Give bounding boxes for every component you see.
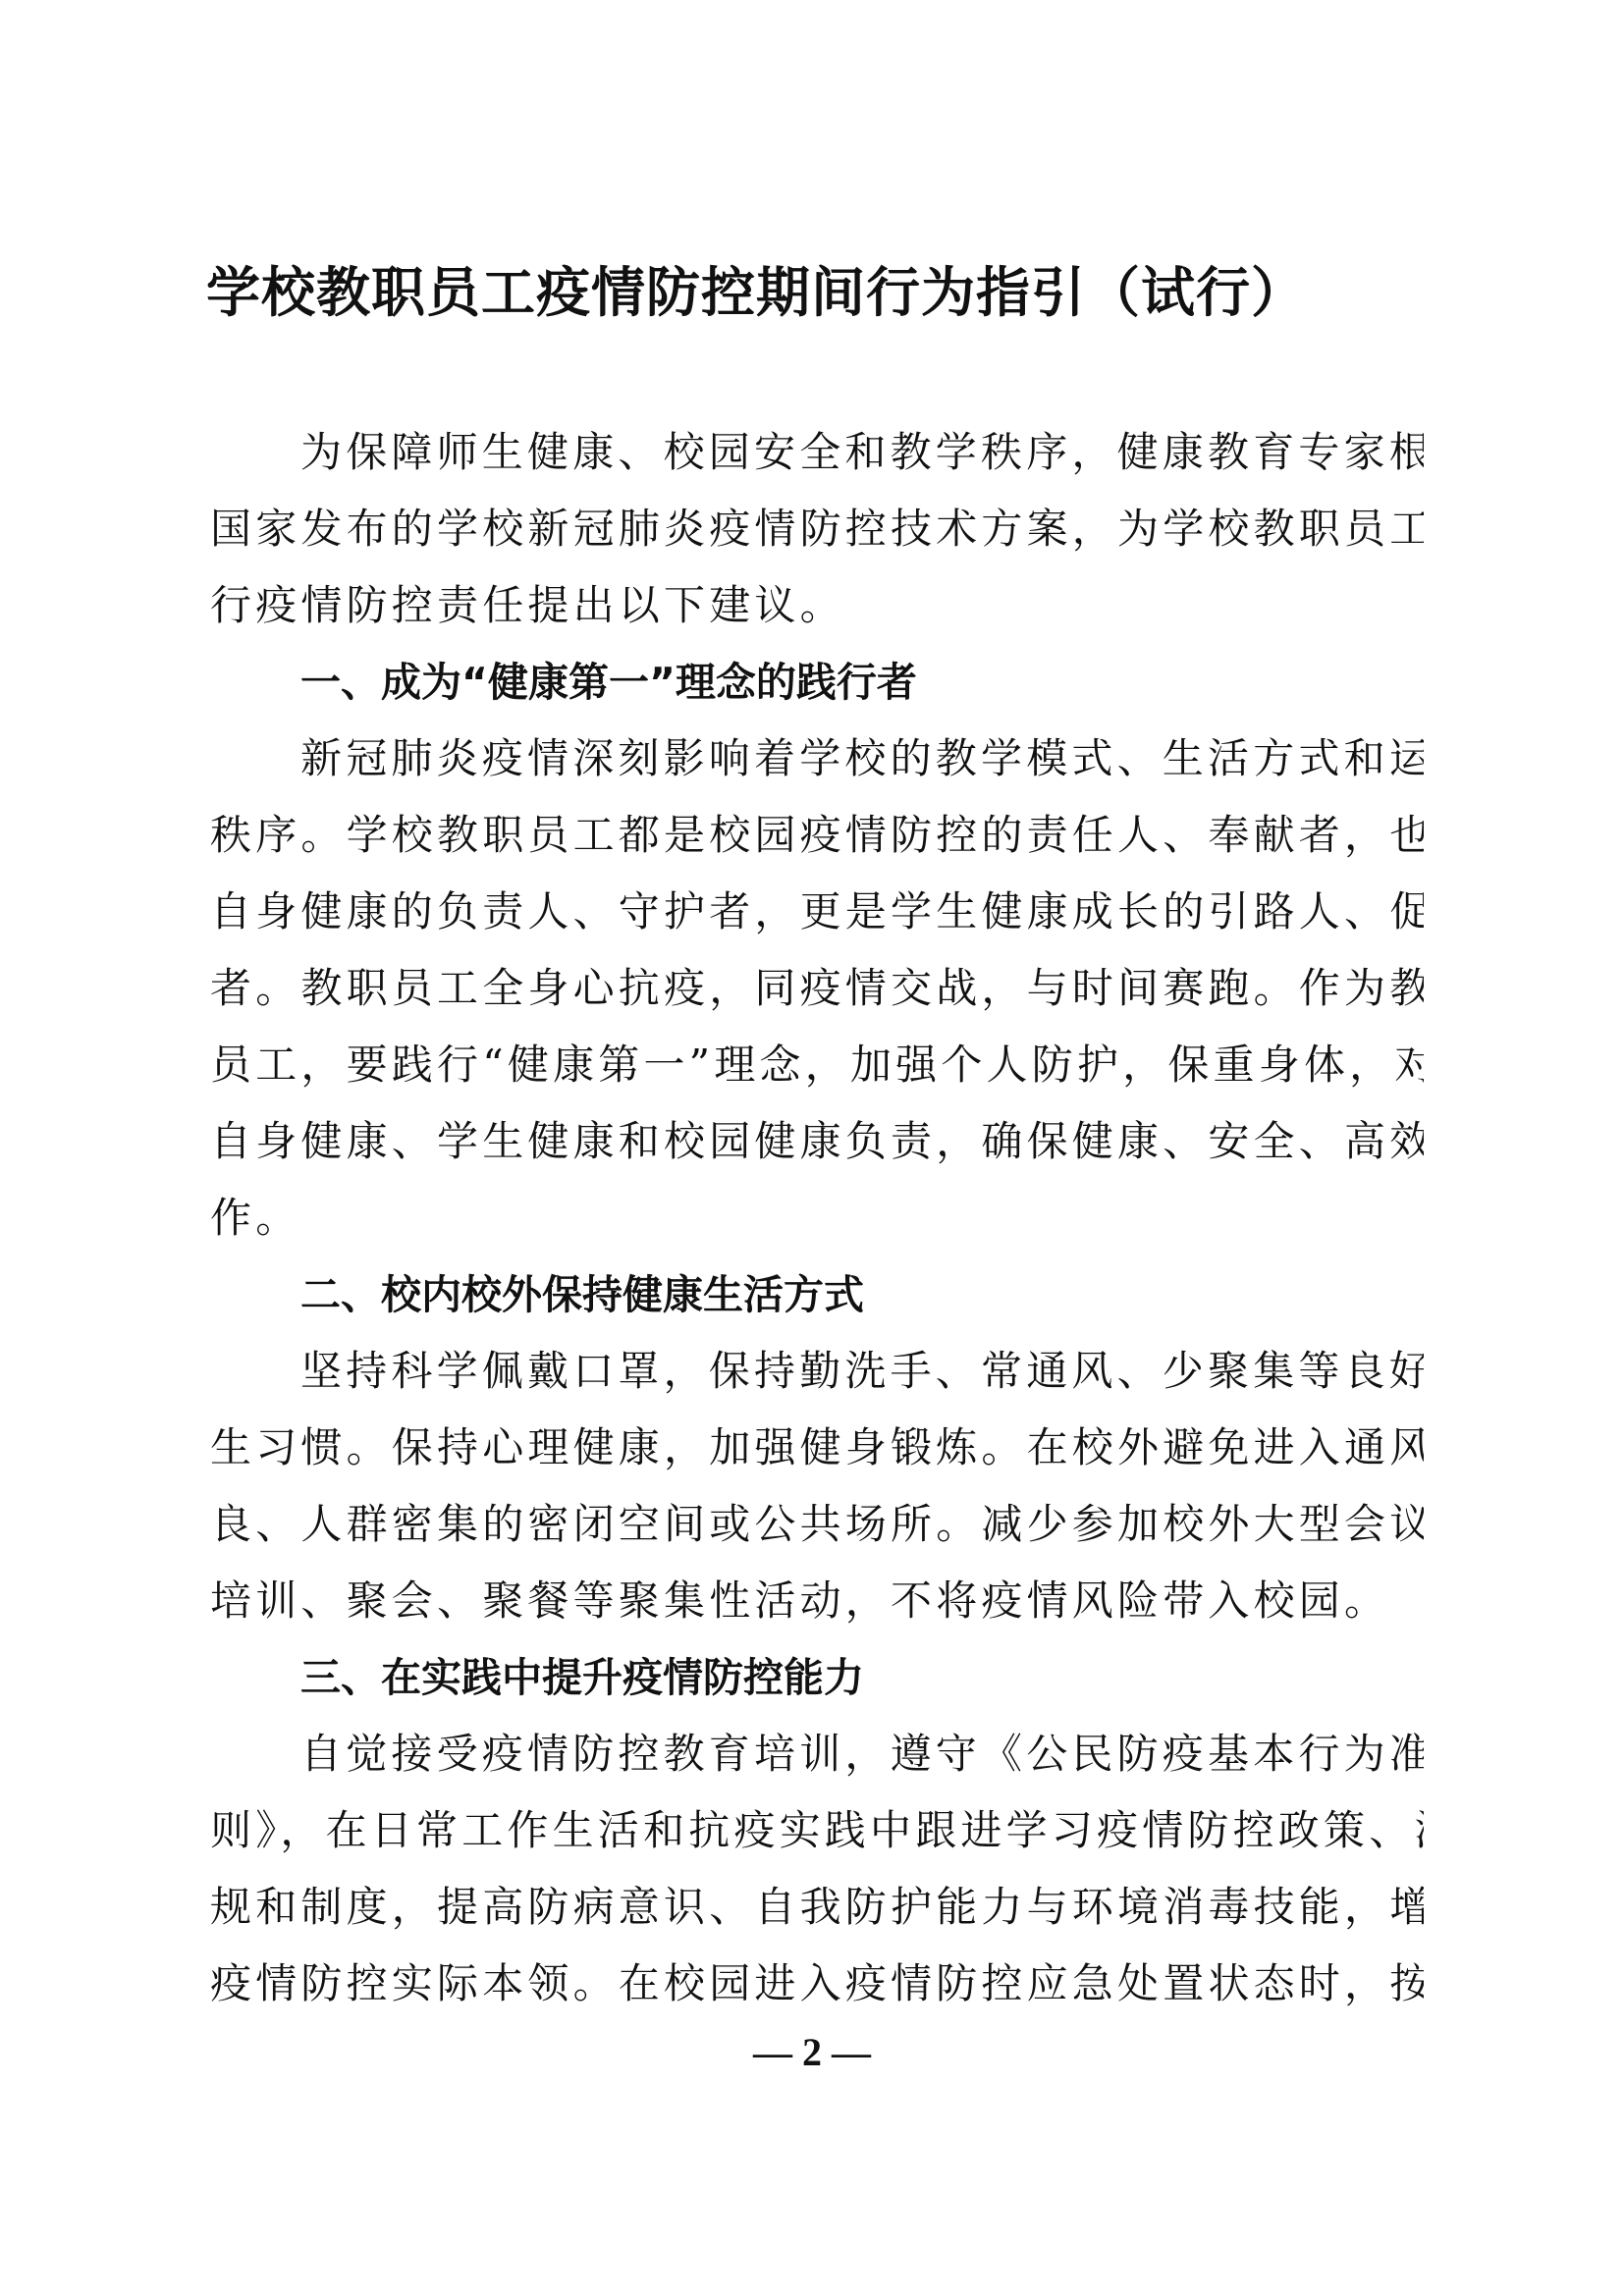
line-text: 自觉接受疫情防控教育培训，遵守《公民防疫基本行为准 xyxy=(300,1730,1424,1778)
document-title: 学校教职员工疫情防控期间行为指引（试行） xyxy=(206,253,1424,332)
paragraph-line: 国家发布的学校新冠肺炎疫情防控技术方案，为学校教职员工履 xyxy=(210,491,1424,567)
paragraph-line: 自身健康的负责人、守护者，更是学生健康成长的引路人、促进 xyxy=(210,874,1424,950)
paragraph-line: 疫情防控实际本领。在校园进入疫情防控应急处置状态时，按岗 xyxy=(210,1946,1424,2022)
paragraph-line: 员工，要践行“健康第一”理念，加强个人防护，保重身体，对 xyxy=(210,1027,1424,1103)
paragraph-line: 作。 xyxy=(210,1180,1424,1256)
paragraph-line: 自身健康、学生健康和校园健康负责，确保健康、安全、高效工 xyxy=(210,1103,1424,1180)
paragraph-line: 良、人群密集的密闭空间或公共场所。减少参加校外大型会议、 xyxy=(210,1486,1424,1563)
section-2-paragraph: 坚持科学佩戴口罩，保持勤洗手、常通风、少聚集等良好卫 生习惯。保持心理健康，加强… xyxy=(210,1333,1424,1639)
paragraph-line: 秩序。学校教职员工都是校园疫情防控的责任人、奉献者，也是 xyxy=(210,797,1424,874)
line-text: 为保障师生健康、校园安全和教学秩序，健康教育专家根据 xyxy=(300,428,1424,476)
line-text: 坚持科学佩戴口罩，保持勤洗手、常通风、少聚集等良好卫 xyxy=(300,1347,1424,1395)
section-heading-1: 一、成为“健康第一”理念的践行者 xyxy=(300,644,917,721)
section-3-paragraph: 自觉接受疫情防控教育培训，遵守《公民防疫基本行为准 则》，在日常工作生活和抗疫实… xyxy=(210,1716,1424,2022)
paragraph-line: 新冠肺炎疫情深刻影响着学校的教学模式、生活方式和运行 xyxy=(210,721,1424,797)
paragraph-line: 自觉接受疫情防控教育培训，遵守《公民防疫基本行为准 xyxy=(210,1716,1424,1792)
section-heading-3: 三、在实践中提升疫情防控能力 xyxy=(300,1639,864,1716)
paragraph-line: 为保障师生健康、校园安全和教学秩序，健康教育专家根据 xyxy=(210,414,1424,491)
intro-paragraph: 为保障师生健康、校园安全和教学秩序，健康教育专家根据 国家发布的学校新冠肺炎疫情… xyxy=(210,414,1424,644)
paragraph-line: 规和制度，提高防病意识、自我防护能力与环境消毒技能，增强 xyxy=(210,1869,1424,1946)
paragraph-line: 者。教职员工全身心抗疫，同疫情交战，与时间赛跑。作为教职 xyxy=(210,950,1424,1027)
paragraph-line: 生习惯。保持心理健康，加强健身锻炼。在校外避免进入通风不 xyxy=(210,1410,1424,1486)
paragraph-line: 培训、聚会、聚餐等聚集性活动，不将疫情风险带入校园。 xyxy=(210,1563,1424,1639)
line-text: 新冠肺炎疫情深刻影响着学校的教学模式、生活方式和运行 xyxy=(300,734,1424,782)
document-page: 学校教职员工疫情防控期间行为指引（试行） 为保障师生健康、校园安全和教学秩序，健… xyxy=(0,0,1624,2296)
paragraph-line: 坚持科学佩戴口罩，保持勤洗手、常通风、少聚集等良好卫 xyxy=(210,1333,1424,1410)
paragraph-line: 行疫情防控责任提出以下建议。 xyxy=(210,567,1424,644)
section-1-paragraph: 新冠肺炎疫情深刻影响着学校的教学模式、生活方式和运行 秩序。学校教职员工都是校园… xyxy=(210,721,1424,1256)
paragraph-line: 则》，在日常工作生活和抗疫实践中跟进学习疫情防控政策、法 xyxy=(210,1792,1424,1869)
section-heading-2: 二、校内校外保持健康生活方式 xyxy=(300,1256,864,1333)
page-number: — 2 — xyxy=(0,2028,1624,2077)
